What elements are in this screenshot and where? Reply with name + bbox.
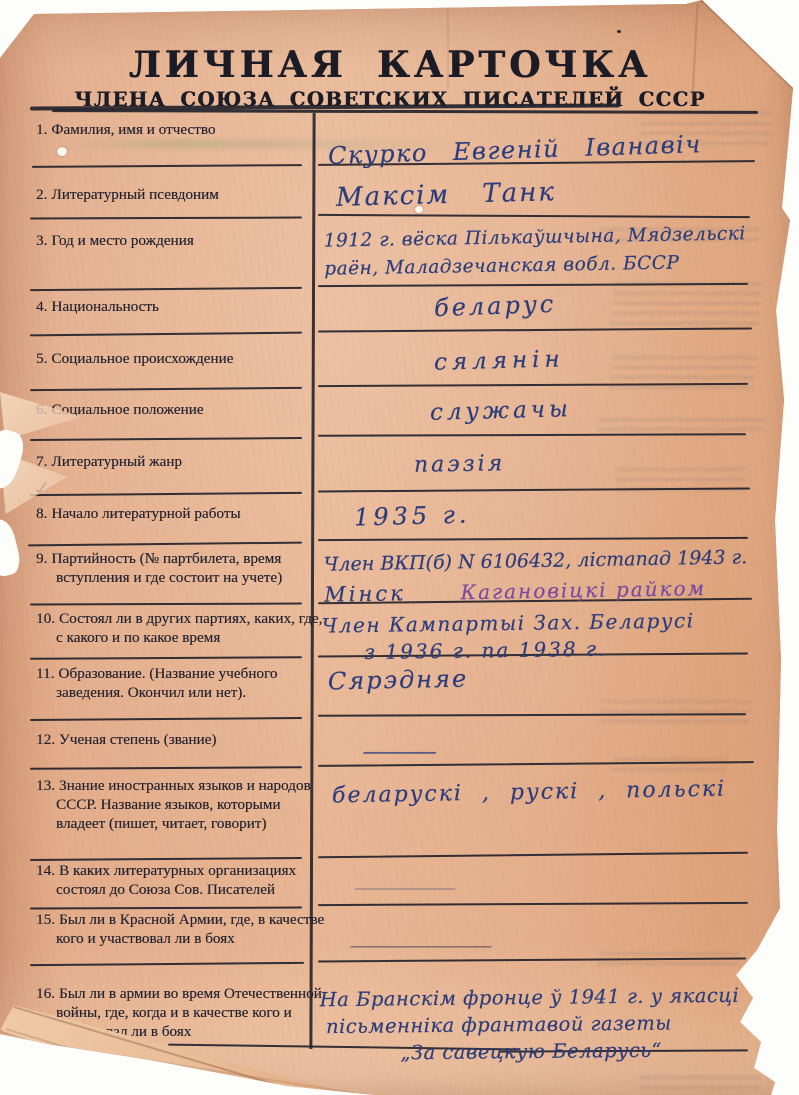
fold-crease <box>447 4 449 90</box>
field-label: 2.Литературный псевдоним <box>36 185 328 204</box>
field-label: 16.Был ли в армии во время Отечественной… <box>36 984 328 1041</box>
ruled-line <box>30 492 302 496</box>
ruled-line <box>30 217 302 220</box>
field-value-handwritten: — <box>360 740 382 765</box>
pen-checkmark: ✓ <box>29 475 56 501</box>
header-rule <box>52 109 758 114</box>
field-value-handwritten: служачы <box>430 396 572 426</box>
field-value-handwritten: — <box>350 876 372 901</box>
paper-tear-nick <box>0 426 28 492</box>
field-value-handwritten: паэзія <box>414 451 506 478</box>
scanned-personal-card: ЛИЧНАЯ КАРТОЧКА ЧЛЕНА СОЮЗА СОВЕТСКИХ ПИ… <box>0 0 799 1095</box>
field-value-handwritten: Член Кампартыі Зах. Беларусі з 1936 г. п… <box>322 607 695 666</box>
field-label: 10.Состоял ли в других партиях, каких, г… <box>36 609 328 647</box>
ink-bleed-through <box>610 282 763 326</box>
ruled-line <box>30 962 304 966</box>
ruled-line <box>30 766 302 769</box>
field-value-handwritten: Скурко Евгеній Іванавіч <box>328 130 702 170</box>
ink-bleed-through <box>639 1076 760 1090</box>
paper-hole <box>57 147 67 156</box>
field-value-handwritten: 1912 г. вёска Пількаўшчына, Мядзельскі р… <box>324 220 747 283</box>
field-label: 13.Знание иностранных языков и народов С… <box>36 776 328 833</box>
card-title: ЛИЧНАЯ КАРТОЧКА <box>30 44 750 86</box>
ruled-line <box>28 542 302 547</box>
field-value-handwritten: сялянін <box>434 346 565 375</box>
ruled-line <box>30 603 302 606</box>
ruled-line <box>318 214 750 218</box>
field-label: 15.Был ли в Красной Армии, где, в качест… <box>36 910 328 948</box>
field-value-handwritten: Максім Танк <box>336 177 557 213</box>
field-label: 6.Социальное положение <box>36 400 328 419</box>
field-label: 8.Начало литературной работы <box>36 504 328 523</box>
ruled-line <box>30 656 302 659</box>
ink-bleed-through <box>611 758 728 774</box>
ruled-line <box>30 387 302 391</box>
pen-dash: — <box>344 940 498 954</box>
ruled-line <box>30 437 302 441</box>
ruled-line <box>318 852 748 859</box>
pen-dash: — <box>350 881 460 896</box>
paper-sheet: ЛИЧНАЯ КАРТОЧКА ЧЛЕНА СОЮЗА СОВЕТСКИХ ПИ… <box>0 0 799 1095</box>
field-label: 11.Образование. (Название учебного завед… <box>36 664 328 702</box>
field-value-handwritten: беларус <box>434 290 557 322</box>
paper-hole <box>415 206 423 213</box>
ink-bleed-through <box>608 356 757 392</box>
paper-tear-nick <box>0 517 23 579</box>
field-value-handwritten: На Бранскім фронце ў 1941 г. у якасці пі… <box>320 982 740 1067</box>
field-value-handwritten: 1935 г. <box>354 500 471 531</box>
pen-dash: — <box>360 743 439 763</box>
field-value-handwritten: беларускі , рускі , польскі <box>332 777 726 809</box>
field-value-handwritten: Член ВКП(б) N 6106432, лістапад 1943 г. … <box>323 542 747 610</box>
ruled-line <box>32 164 302 168</box>
field-label: 14.В каких литературных организациях сос… <box>36 861 328 899</box>
ruled-line <box>30 717 302 721</box>
ink-bleed-through <box>597 952 739 972</box>
ruled-line <box>318 327 752 332</box>
field-label: 3.Год и место рождения <box>36 231 328 250</box>
field-label: 9.Партийность (№ партбилета, время вступ… <box>36 549 328 587</box>
field-label: 1.Фамилия, имя и отчество <box>36 120 328 139</box>
field-label: 7.Литературный жанр <box>36 452 328 471</box>
field-value-handwritten: Сярэдняе <box>328 665 469 696</box>
ink-speck <box>617 30 621 33</box>
ruled-line <box>30 287 302 291</box>
field-label: 5.Социальное происхождение <box>36 349 328 368</box>
ruled-line <box>318 902 748 906</box>
field-label: 4.Национальность <box>36 297 328 316</box>
field-value-handwritten: — <box>344 934 366 959</box>
field-label: 12.Ученая степень (звание) <box>36 730 328 749</box>
ruled-line <box>318 537 748 541</box>
ruled-line <box>30 332 302 337</box>
